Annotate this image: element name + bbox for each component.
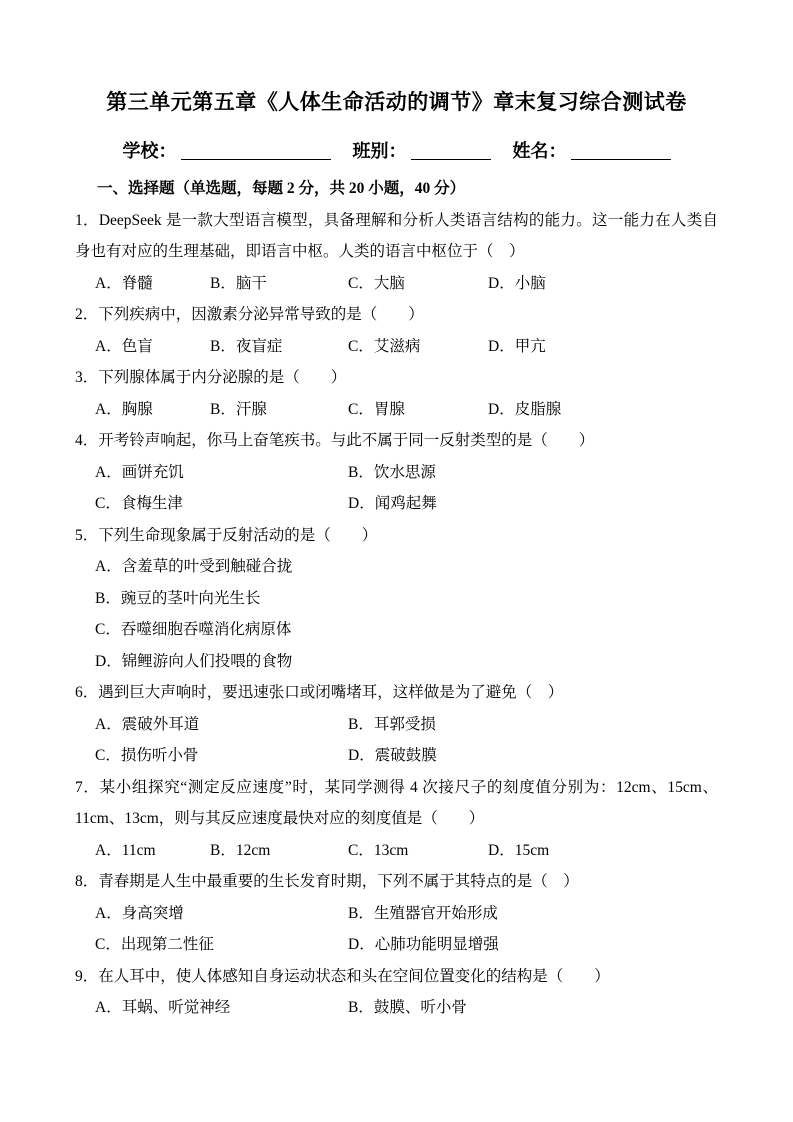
option-label: A． — [95, 338, 122, 355]
option-label: C． — [95, 936, 121, 953]
option-d: D．皮脂腺 — [488, 394, 718, 426]
question-text: DeepSeek 是一款大型语言模型，具备理解和分析人类语言结构的能力。这一能力… — [75, 212, 718, 261]
question-8: 8．青春期是人生中最重要的生长发育时期，下列不属于其特点的是（ ） A．身高突增… — [75, 866, 718, 961]
option-label: C． — [348, 275, 374, 292]
option-text: 小脑 — [515, 275, 546, 292]
option-text: 闻鸡起舞 — [375, 495, 437, 512]
option-d: D．15cm — [488, 835, 718, 867]
option-text: 心肺功能明显增强 — [375, 936, 499, 953]
question-6: 6．遇到巨大声响时，要迅速张口或闭嘴堵耳，这样做是为了避免（ ） A．震破外耳道… — [75, 677, 718, 772]
option-text: 色盲 — [122, 338, 153, 355]
option-label: A． — [95, 842, 122, 859]
option-b: B．饮水思源 — [348, 457, 718, 489]
question-number: 1． — [75, 212, 99, 229]
option-a: A．脊髓 — [95, 268, 210, 300]
option-label: A． — [95, 558, 122, 575]
option-text: 13cm — [374, 842, 408, 859]
option-text: 豌豆的茎叶向光生长 — [121, 590, 261, 607]
option-label: B． — [348, 716, 374, 733]
question-stem: 4．开考铃声响起，你马上奋笔疾书。与此不属于同一反射类型的是（ ） — [75, 425, 718, 457]
option-d: D．心肺功能明显增强 — [348, 929, 718, 961]
question-stem: 8．青春期是人生中最重要的生长发育时期，下列不属于其特点的是（ ） — [75, 866, 718, 898]
option-text: 饮水思源 — [374, 464, 436, 481]
question-number: 4． — [75, 432, 98, 449]
option-text: 汗腺 — [236, 401, 267, 418]
question-number: 6． — [75, 684, 98, 701]
option-label: A． — [95, 464, 122, 481]
option-label: D． — [348, 747, 375, 764]
question-text: 遇到巨大声响时，要迅速张口或闭嘴堵耳，这样做是为了避免（ ） — [98, 684, 563, 701]
question-text: 青春期是人生中最重要的生长发育时期，下列不属于其特点的是（ ） — [98, 873, 579, 890]
option-text: 艾滋病 — [374, 338, 421, 355]
option-label: C． — [95, 495, 121, 512]
option-label: C． — [348, 338, 374, 355]
question-text: 下列疾病中，因激素分泌异常导致的是（ ） — [98, 306, 424, 323]
option-label: B． — [348, 464, 374, 481]
option-d: D．锦鲤游向人们投喂的食物 — [95, 646, 718, 678]
option-a: A．耳蜗、听觉神经 — [95, 992, 348, 1024]
question-number: 7． — [75, 779, 100, 796]
option-d: D．闻鸡起舞 — [348, 488, 718, 520]
question-options: A．耳蜗、听觉神经 B．鼓膜、听小骨 — [95, 992, 718, 1024]
option-text: 含羞草的叶受到触碰合拢 — [122, 558, 293, 575]
question-options: A．脊髓 B．脑干 C．大脑 D．小脑 — [95, 268, 718, 300]
exam-title: 第三单元第五章《人体生命活动的调节》章末复习综合测试卷 — [75, 88, 718, 116]
option-c: C．食梅生津 — [95, 488, 348, 520]
option-label: C． — [95, 747, 121, 764]
option-text: 耳蜗、听觉神经 — [122, 999, 231, 1016]
section-heading: 一、选择题（单选题，每题 2 分，共 20 小题，40 分） — [97, 173, 718, 205]
question-options: A．震破外耳道 B．耳郭受损 C．损伤听小骨 D．震破鼓膜 — [95, 709, 718, 772]
option-label: D． — [95, 653, 122, 670]
question-options: A．11cm B．12cm C．13cm D．15cm — [95, 835, 718, 867]
option-c: C．吞噬细胞吞噬消化病原体 — [95, 614, 718, 646]
question-2: 2．下列疾病中，因激素分泌异常导致的是（ ） A．色盲 B．夜盲症 C．艾滋病 … — [75, 299, 718, 362]
option-label: A． — [95, 401, 122, 418]
option-b: B．豌豆的茎叶向光生长 — [95, 583, 718, 615]
question-stem: 6．遇到巨大声响时，要迅速张口或闭嘴堵耳，这样做是为了避免（ ） — [75, 677, 718, 709]
option-text: 胸腺 — [122, 401, 153, 418]
question-5: 5．下列生命现象属于反射活动的是（ ） A．含羞草的叶受到触碰合拢 B．豌豆的茎… — [75, 520, 718, 678]
question-number: 9． — [75, 968, 98, 985]
option-text: 夜盲症 — [236, 338, 283, 355]
question-1: 1．DeepSeek 是一款大型语言模型，具备理解和分析人类语言结构的能力。这一… — [75, 205, 718, 300]
option-a: A．含羞草的叶受到触碰合拢 — [95, 551, 718, 583]
question-stem: 2．下列疾病中，因激素分泌异常导致的是（ ） — [75, 299, 718, 331]
option-text: 耳郭受损 — [374, 716, 436, 733]
option-c: C．出现第二性征 — [95, 929, 348, 961]
question-number: 3． — [75, 369, 98, 386]
option-b: B．12cm — [210, 835, 348, 867]
option-label: B． — [348, 905, 374, 922]
question-text: 下列生命现象属于反射活动的是（ ） — [98, 527, 377, 544]
class-label: 班别： — [353, 141, 407, 161]
option-b: B．夜盲症 — [210, 331, 348, 363]
option-text: 15cm — [515, 842, 549, 859]
option-text: 脑干 — [236, 275, 267, 292]
question-options: A．胸腺 B．汗腺 C．胃腺 D．皮脂腺 — [95, 394, 718, 426]
option-text: 震破外耳道 — [122, 716, 200, 733]
question-options: A．含羞草的叶受到触碰合拢 B．豌豆的茎叶向光生长 C．吞噬细胞吞噬消化病原体 … — [95, 551, 718, 677]
option-text: 甲亢 — [515, 338, 546, 355]
option-label: A． — [95, 999, 122, 1016]
option-label: D． — [348, 495, 375, 512]
school-field: 学校： — [123, 137, 331, 163]
option-text: 震破鼓膜 — [375, 747, 437, 764]
option-text: 皮脂腺 — [515, 401, 562, 418]
question-stem: 7．某小组探究“测定反应速度”时，某同学测得 4 次接尺子的刻度值分别为：12c… — [75, 772, 718, 835]
question-7: 7．某小组探究“测定反应速度”时，某同学测得 4 次接尺子的刻度值分别为：12c… — [75, 772, 718, 867]
school-blank-line — [181, 159, 331, 160]
option-text: 鼓膜、听小骨 — [374, 999, 467, 1016]
option-label: A． — [95, 905, 122, 922]
question-text: 某小组探究“测定反应速度”时，某同学测得 4 次接尺子的刻度值分别为：12cm、… — [75, 779, 718, 828]
option-b: B．鼓膜、听小骨 — [348, 992, 718, 1024]
option-c: C．损伤听小骨 — [95, 740, 348, 772]
option-a: A．色盲 — [95, 331, 210, 363]
option-b: B．脑干 — [210, 268, 348, 300]
option-label: D． — [488, 275, 515, 292]
option-a: A．震破外耳道 — [95, 709, 348, 741]
option-c: C．胃腺 — [348, 394, 488, 426]
option-label: D． — [488, 842, 515, 859]
option-text: 大脑 — [374, 275, 405, 292]
option-text: 画饼充饥 — [122, 464, 184, 481]
question-number: 2． — [75, 306, 98, 323]
option-label: B． — [210, 401, 236, 418]
question-4: 4．开考铃声响起，你马上奋笔疾书。与此不属于同一反射类型的是（ ） A．画饼充饥… — [75, 425, 718, 520]
option-a: A．11cm — [95, 835, 210, 867]
option-c: C．13cm — [348, 835, 488, 867]
class-blank-line — [411, 159, 491, 160]
question-stem: 9．在人耳中，使人体感知自身运动状态和头在空间位置变化的结构是（ ） — [75, 961, 718, 993]
option-label: B． — [95, 590, 121, 607]
option-text: 吞噬细胞吞噬消化病原体 — [121, 621, 292, 638]
question-stem: 5．下列生命现象属于反射活动的是（ ） — [75, 520, 718, 552]
question-text: 在人耳中，使人体感知自身运动状态和头在空间位置变化的结构是（ ） — [98, 968, 610, 985]
option-text: 锦鲤游向人们投喂的食物 — [122, 653, 293, 670]
question-stem: 3．下列腺体属于内分泌腺的是（ ） — [75, 362, 718, 394]
option-a: A．胸腺 — [95, 394, 210, 426]
option-label: D． — [488, 401, 515, 418]
option-b: B．生殖器官开始形成 — [348, 898, 718, 930]
option-label: C． — [95, 621, 121, 638]
question-number: 8． — [75, 873, 98, 890]
option-label: D． — [348, 936, 375, 953]
name-blank-line — [571, 159, 671, 160]
class-field: 班别： — [353, 137, 491, 163]
option-label: A． — [95, 275, 122, 292]
option-a: A．身高突增 — [95, 898, 348, 930]
option-text: 脊髓 — [122, 275, 153, 292]
question-options: A．画饼充饥 B．饮水思源 C．食梅生津 D．闻鸡起舞 — [95, 457, 718, 520]
option-label: B． — [210, 275, 236, 292]
question-text: 下列腺体属于内分泌腺的是（ ） — [98, 369, 346, 386]
question-options: A．色盲 B．夜盲症 C．艾滋病 D．甲亢 — [95, 331, 718, 363]
question-text: 开考铃声响起，你马上奋笔疾书。与此不属于同一反射类型的是（ ） — [98, 432, 594, 449]
option-label: C． — [348, 842, 374, 859]
option-label: B． — [348, 999, 374, 1016]
name-field: 姓名： — [513, 137, 671, 163]
option-label: A． — [95, 716, 122, 733]
option-label: B． — [210, 842, 236, 859]
exam-page: 第三单元第五章《人体生命活动的调节》章末复习综合测试卷 学校： 班别： 姓名： … — [0, 0, 793, 1122]
question-stem: 1．DeepSeek 是一款大型语言模型，具备理解和分析人类语言结构的能力。这一… — [75, 205, 718, 268]
header-fields: 学校： 班别： 姓名： — [75, 137, 718, 161]
option-d: D．小脑 — [488, 268, 718, 300]
name-label: 姓名： — [513, 141, 567, 161]
option-d: D．震破鼓膜 — [348, 740, 718, 772]
option-b: B．汗腺 — [210, 394, 348, 426]
option-text: 生殖器官开始形成 — [374, 905, 498, 922]
question-number: 5． — [75, 527, 98, 544]
option-a: A．画饼充饥 — [95, 457, 348, 489]
option-label: C． — [348, 401, 374, 418]
option-c: C．艾滋病 — [348, 331, 488, 363]
question-3: 3．下列腺体属于内分泌腺的是（ ） A．胸腺 B．汗腺 C．胃腺 D．皮脂腺 — [75, 362, 718, 425]
option-c: C．大脑 — [348, 268, 488, 300]
school-label: 学校： — [123, 141, 177, 161]
option-b: B．耳郭受损 — [348, 709, 718, 741]
option-text: 胃腺 — [374, 401, 405, 418]
option-text: 11cm — [122, 842, 156, 859]
option-label: D． — [488, 338, 515, 355]
option-text: 身高突增 — [122, 905, 184, 922]
option-text: 损伤听小骨 — [121, 747, 199, 764]
question-options: A．身高突增 B．生殖器官开始形成 C．出现第二性征 D．心肺功能明显增强 — [95, 898, 718, 961]
option-text: 出现第二性征 — [121, 936, 214, 953]
option-d: D．甲亢 — [488, 331, 718, 363]
option-label: B． — [210, 338, 236, 355]
question-9: 9．在人耳中，使人体感知自身运动状态和头在空间位置变化的结构是（ ） A．耳蜗、… — [75, 961, 718, 1024]
option-text: 12cm — [236, 842, 270, 859]
option-text: 食梅生津 — [121, 495, 183, 512]
